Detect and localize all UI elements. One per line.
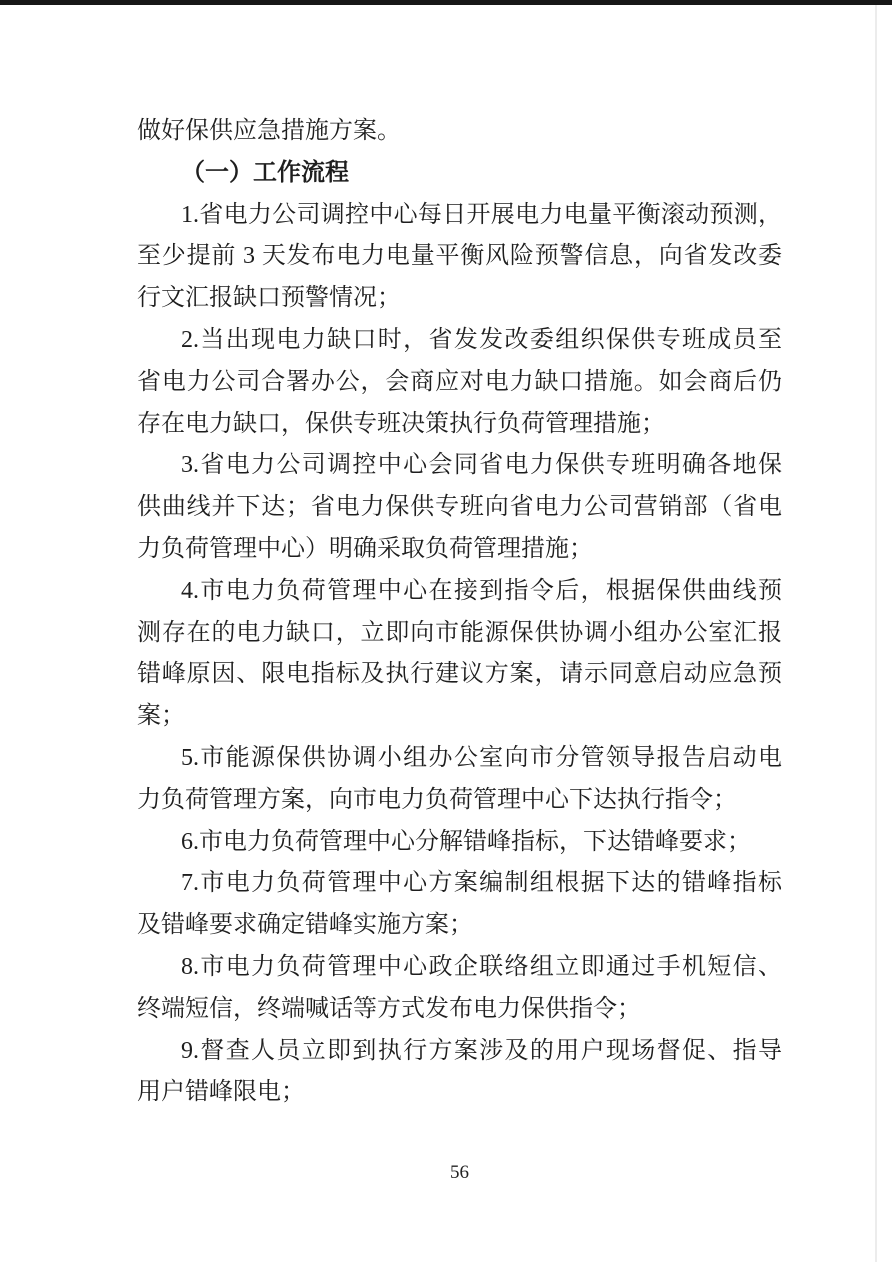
document-line: 1.省电力公司调控中心每日开展电力电量平衡滚动预测，: [137, 195, 782, 237]
document-line: 供曲线并下达；省电力保供专班向省电力公司营销部（省电: [137, 487, 782, 529]
document-line: 省电力公司合署办公，会商应对电力缺口措施。如会商后仍: [137, 362, 782, 404]
document-body: 做好保供应急措施方案。 （一）工作流程 1.省电力公司调控中心每日开展电力电量平…: [137, 111, 782, 1114]
document-line: 用户错峰限电；: [137, 1072, 782, 1114]
section-heading: （一）工作流程: [137, 153, 782, 195]
document-line: 力负荷管理方案，向市电力负荷管理中心下达执行指令；: [137, 780, 782, 822]
document-page: 做好保供应急措施方案。 （一）工作流程 1.省电力公司调控中心每日开展电力电量平…: [0, 0, 892, 1262]
document-line: 4.市电力负荷管理中心在接到指令后，根据保供曲线预: [137, 571, 782, 613]
document-line: 5.市能源保供协调小组办公室向市分管领导报告启动电: [137, 738, 782, 780]
document-line: 存在电力缺口，保供专班决策执行负荷管理措施；: [137, 404, 782, 446]
document-line: 做好保供应急措施方案。: [137, 111, 782, 153]
document-line: 终端短信，终端喊话等方式发布电力保供指令；: [137, 989, 782, 1031]
document-line: 力负荷管理中心）明确采取负荷管理措施；: [137, 529, 782, 571]
document-line: 3.省电力公司调控中心会同省电力保供专班明确各地保: [137, 445, 782, 487]
page-right-edge-line: [875, 5, 877, 1262]
document-line: 及错峰要求确定错峰实施方案；: [137, 905, 782, 947]
document-line: 9.督查人员立即到执行方案涉及的用户现场督促、指导: [137, 1031, 782, 1073]
document-line: 至少提前 3 天发布电力电量平衡风险预警信息，向省发改委: [137, 236, 782, 278]
document-line: 8.市电力负荷管理中心政企联络组立即通过手机短信、: [137, 947, 782, 989]
document-line: 6.市电力负荷管理中心分解错峰指标，下达错峰要求；: [137, 822, 782, 864]
document-line: 案；: [137, 696, 782, 738]
document-line: 行文汇报缺口预警情况；: [137, 278, 782, 320]
document-line: 7.市电力负荷管理中心方案编制组根据下达的错峰指标: [137, 863, 782, 905]
scan-edge-top-bar: [0, 0, 892, 5]
document-line: 错峰原因、限电指标及执行建议方案，请示同意启动应急预: [137, 654, 782, 696]
document-line: 测存在的电力缺口，立即向市能源保供协调小组办公室汇报: [137, 613, 782, 655]
document-line: 2.当出现电力缺口时，省发发改委组织保供专班成员至: [137, 320, 782, 362]
page-number: 56: [137, 1160, 782, 1186]
